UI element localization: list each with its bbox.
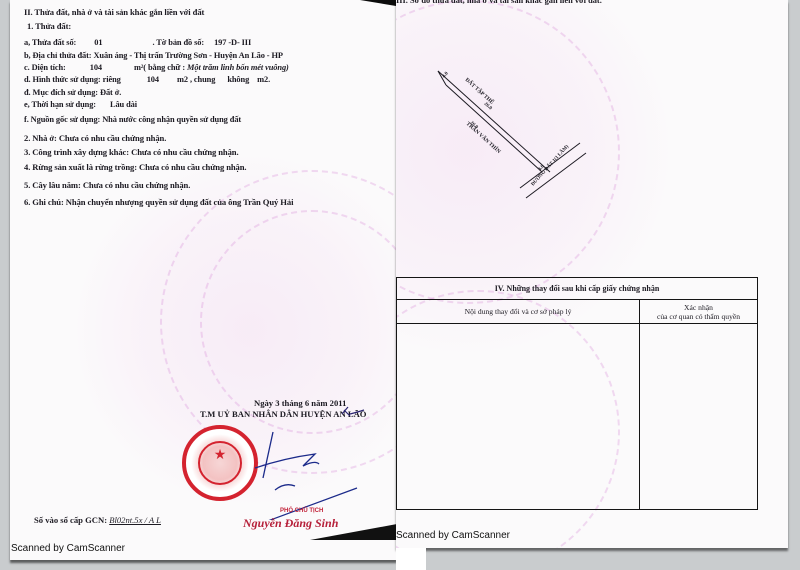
scanner-credit: Scanned by CamScanner [396,530,510,541]
signature-strokes [245,430,365,520]
page-fold-gap [396,548,426,570]
item-house: 2. Nhà ở: Chưa có nhu cầu chứng nhận. [24,133,166,143]
item-perennial-trees: 5. Cây lâu năm: Chưa có nhu cầu chứng nh… [24,180,190,190]
parcel-diagram: ĐẤT TẬP THỂ TRẦN VĂN THÌN ĐƯỜNG ĐẤT 1(1 … [396,0,788,220]
parcel-outline [438,71,586,198]
width-top-label: 4.0 [442,71,450,79]
star-icon: ★ [200,449,240,463]
item-other-construction: 3. Công trình xây dựng khác: Chưa có nhu… [24,147,239,157]
gcn-register-number: Số vào sổ cấp GCN: Bl02nt.5x / A L [34,515,161,525]
field-origin: f. Nguồn gốc sử dụng: Nhà nước công nhận… [24,115,241,124]
item-planted-forest: 4. Rừng sản xuất là rừng trồng: Chưa có … [24,162,246,172]
field-parcel-number: a, Thửa đất số: 01 . Tờ bản đồ số: 197 -… [24,38,251,47]
field-area: c. Diện tích: 104 m²( bằng chữ : Một tră… [24,63,289,72]
seal-inner-ring: ★ [198,441,242,485]
watermark-ring [160,170,397,474]
field-address: b, Địa chỉ thửa đất: Xuân áng - Thị trấn… [24,51,283,60]
changes-table-title: IV. Những thay đổi sau khi cấp giấy chứn… [397,278,758,300]
changes-table: IV. Những thay đổi sau khi cấp giấy chứn… [396,277,758,510]
scanner-credit: Scanned by CamScanner [11,543,125,554]
authority-confirmation-cell [640,324,758,510]
area-value: 104 [90,63,102,72]
page-curl-shadow [310,520,397,540]
private-area: 104 [147,75,159,84]
road-label: ĐƯỜNG ĐẤT 1(1 LÂM) [530,144,570,188]
parcel-number: 01 [94,38,102,47]
initial-mark [338,404,368,420]
certificate-page-left: II. Thửa đất, nhà ở và tài sản khác gắn … [10,0,397,560]
item-notes: 6. Ghi chú: Nhận chuyển nhượng quyền sử … [24,197,293,207]
certificate-page-right: III. Sơ đồ thửa đất, nhà ở và tài sản kh… [396,0,788,548]
change-content-cell [397,324,640,510]
usage-origin: Nhà nước công nhận quyền sử dụng đất [102,115,241,124]
section-title: II. Thửa đất, nhà ở và tài sản khác gắn … [24,7,204,17]
north-neighbor-label: ĐẤT TẬP THỂ [464,76,497,107]
field-purpose: đ. Mục đích sử dụng: Đất ở. [24,88,121,97]
gcn-value: Bl02nt.5x / A L [109,515,161,525]
shared-area: không [227,75,249,84]
parcel-heading: 1. Thửa đất: [27,21,71,31]
signer-title: PHÓ CHỦ TỊCH [280,508,323,514]
column-change-content: Nội dung thay đổi và cơ sở pháp lý [397,300,640,324]
usage-term: Lâu dài [110,100,137,109]
map-sheet-number: 197 -D- III [214,38,251,47]
usage-purpose: Đất ở. [100,88,121,97]
column-authority-confirmation: Xác nhận của cơ quan có thẩm quyền [640,300,758,324]
page-edge-shadow [360,0,396,10]
parcel-address: Xuân áng - Thị trấn Trường Sơn - Huyện A… [93,51,282,60]
area-in-words: Một trăm linh bốn mét vuông) [187,63,289,72]
field-usage-form: d. Hình thức sử dụng: riêng 104 m2 , chu… [24,75,270,84]
field-term: e, Thời hạn sử dụng: Lâu dài [24,100,137,109]
issue-date: Ngày 3 tháng 6 năm 2011 [254,398,346,408]
